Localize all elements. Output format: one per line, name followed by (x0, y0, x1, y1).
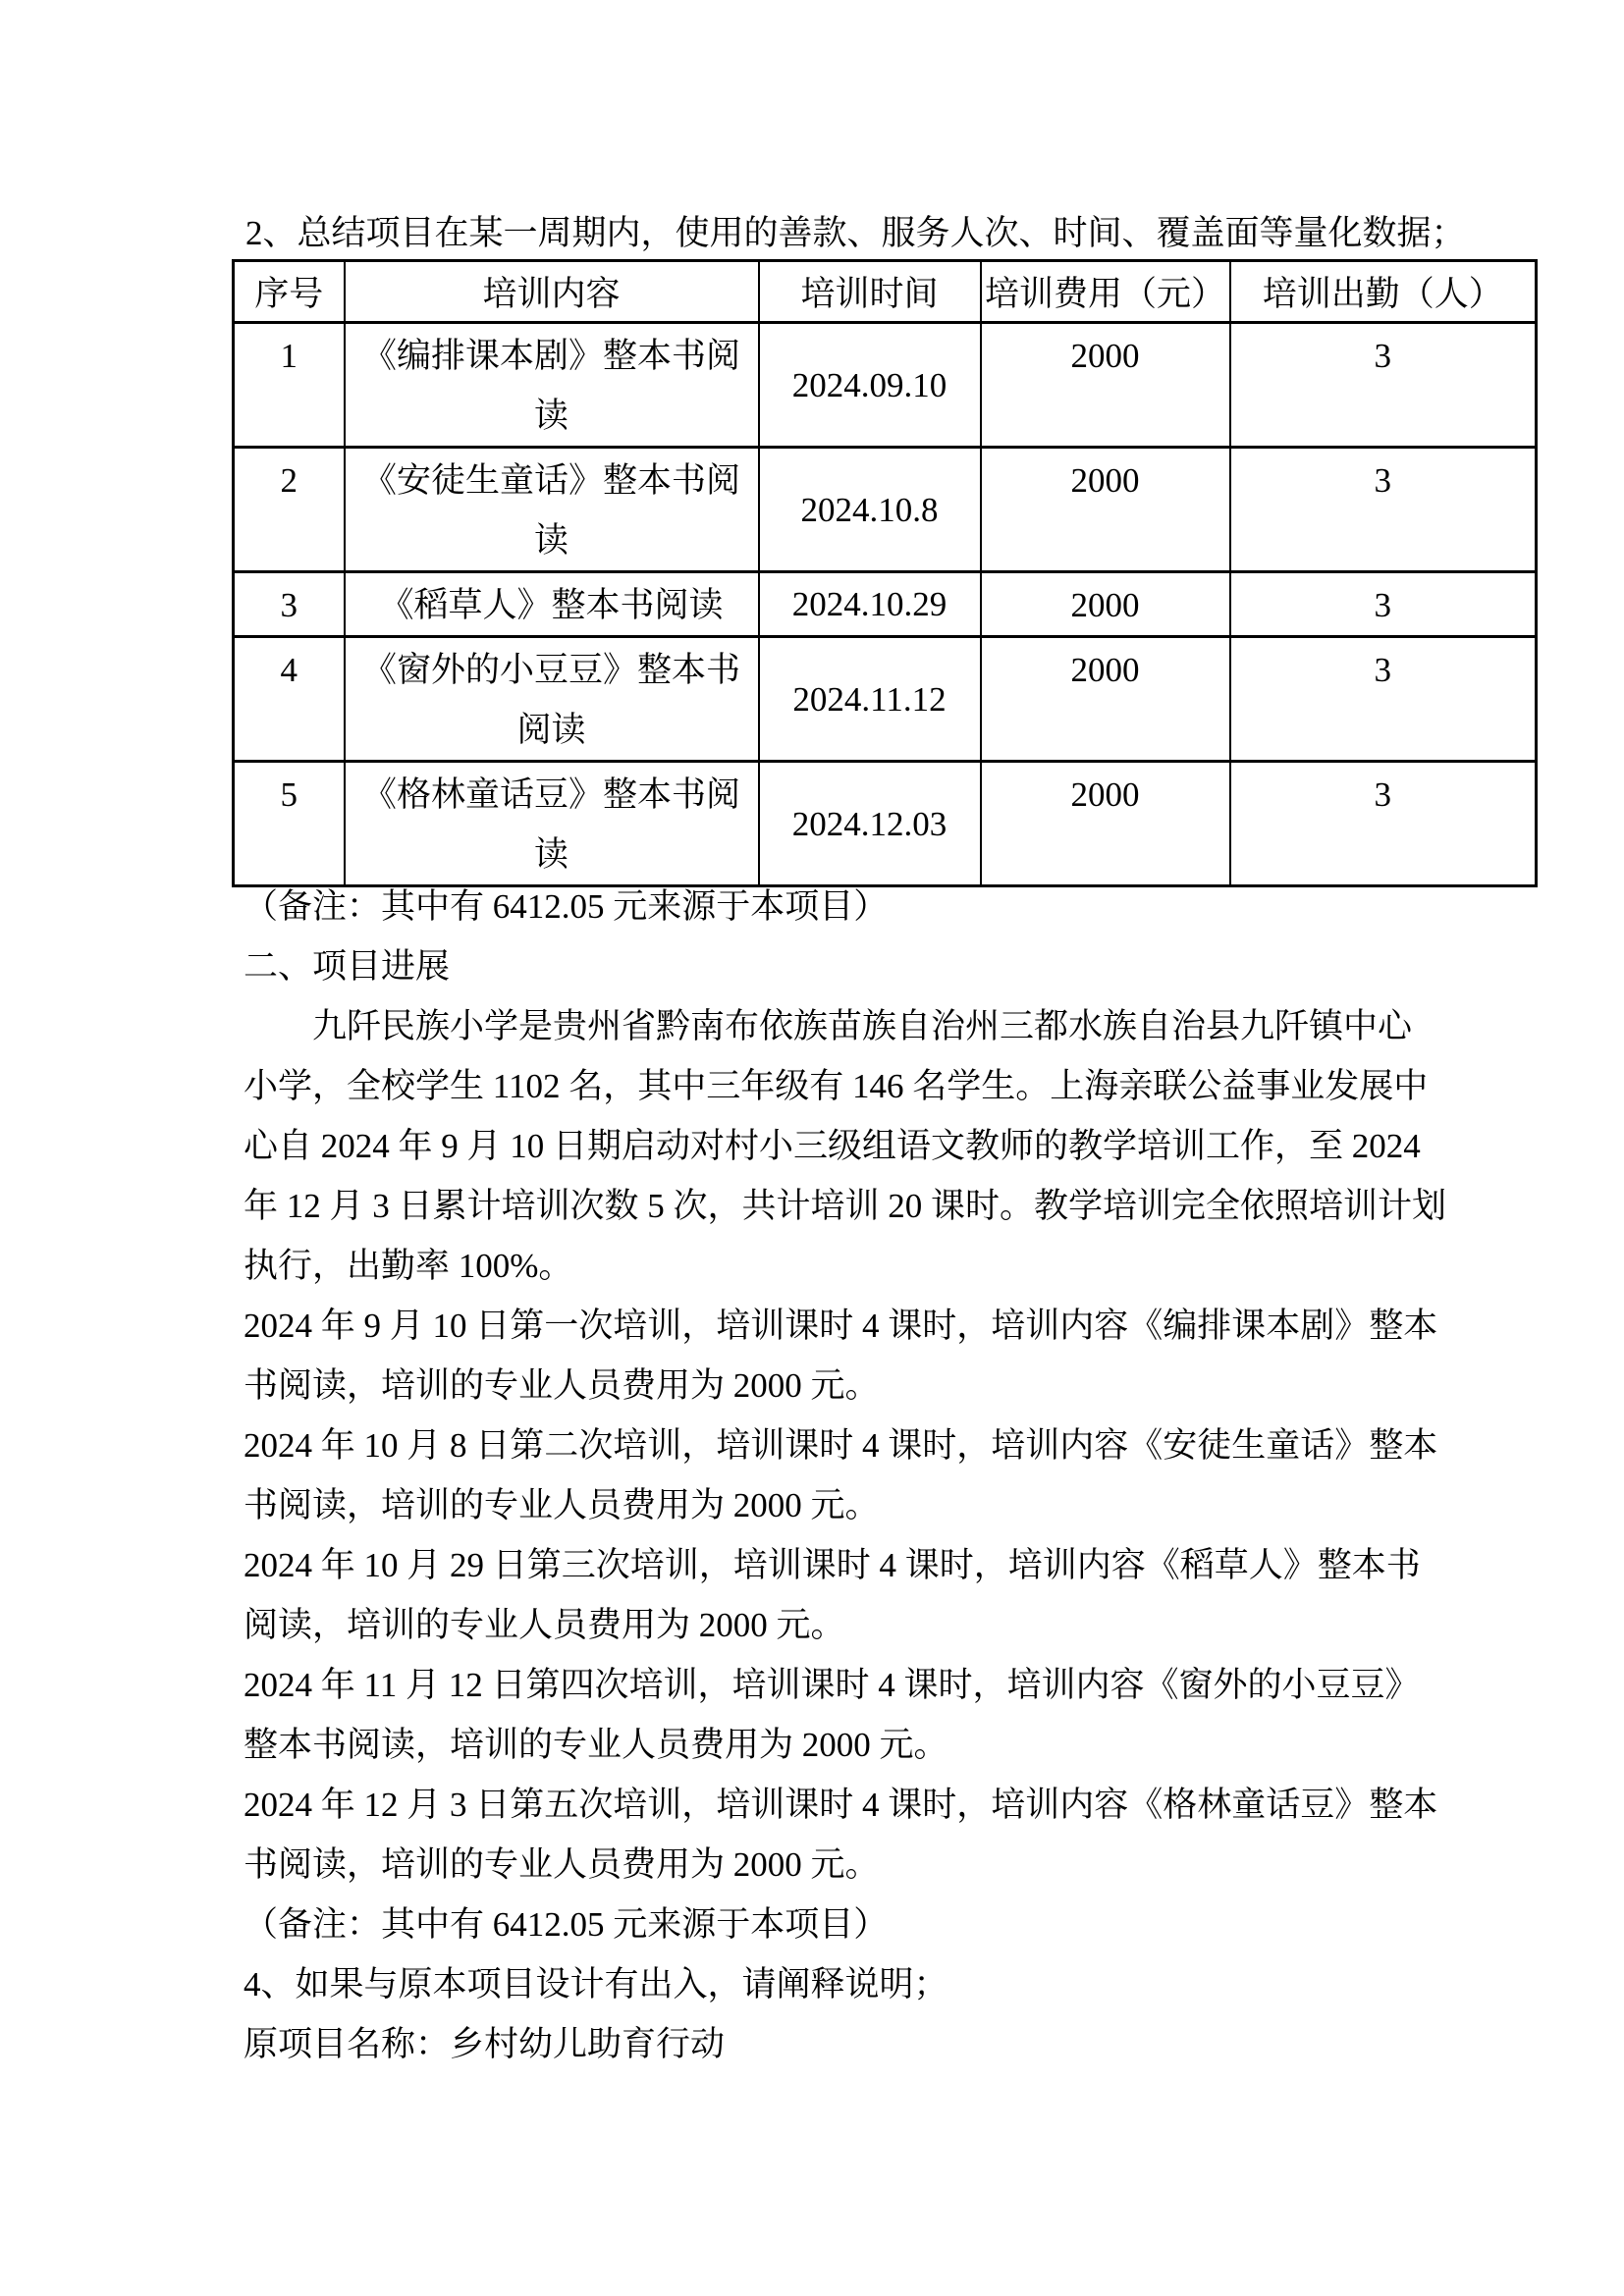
row-date: 2024.10.29 (759, 572, 981, 637)
row-content: 《窗外的小豆豆》整本书阅读 (345, 637, 759, 762)
paragraph-line: 书阅读，培训的专业人员费用为 2000 元。 (244, 1835, 1407, 1895)
header-fee: 培训费用（元） (981, 261, 1230, 323)
paragraph-line: 九阡民族小学是贵州省黔南布依族苗族自治州三都水族自治县九阡镇中心 (244, 996, 1407, 1056)
table-header-row: 序号 培训内容 培训时间 培训费用（元） 培训出勤（人） (234, 261, 1537, 323)
paragraph-line: 心自 2024 年 9 月 10 日期启动对村小三级组语文教师的教学培训工作，至… (244, 1116, 1407, 1176)
section-heading-progress: 二、项目进展 (244, 936, 1407, 996)
table-row: 3 《稻草人》整本书阅读 2024.10.29 2000 3 (234, 572, 1537, 637)
row-fee: 2000 (981, 762, 1230, 886)
paragraph-line: 书阅读，培训的专业人员费用为 2000 元。 (244, 1356, 1407, 1415)
paragraph-line: 执行，出勤率 100%。 (244, 1236, 1407, 1296)
note-after-table: （备注：其中有 6412.05 元来源于本项目） (244, 877, 1407, 936)
row-attendance: 3 (1230, 762, 1537, 886)
paragraph-line: 整本书阅读，培训的专业人员费用为 2000 元。 (244, 1715, 1407, 1775)
row-no: 4 (234, 637, 345, 762)
row-attendance: 3 (1230, 637, 1537, 762)
paragraph-line: 年 12 月 3 日累计培训次数 5 次，共计培训 20 课时。教学培训完全依照… (244, 1176, 1407, 1236)
row-no: 5 (234, 762, 345, 886)
header-no: 序号 (234, 261, 345, 323)
row-date: 2024.11.12 (759, 637, 981, 762)
paragraph-line: 书阅读，培训的专业人员费用为 2000 元。 (244, 1475, 1407, 1535)
body-text: （备注：其中有 6412.05 元来源于本项目） 二、项目进展 九阡民族小学是贵… (244, 877, 1407, 2074)
paragraph-line: 2024 年 11 月 12 日第四次培训，培训课时 4 课时，培训内容《窗外的… (244, 1655, 1407, 1715)
table-row: 1 《编排课本剧》整本书阅读 2024.09.10 2000 3 (234, 323, 1537, 448)
row-attendance: 3 (1230, 448, 1537, 572)
paragraph-line: 小学，全校学生 1102 名，其中三年级有 146 名学生。上海亲联公益事业发展… (244, 1056, 1407, 1116)
paragraph-line: 2024 年 10 月 8 日第二次培训，培训课时 4 课时，培训内容《安徒生童… (244, 1415, 1407, 1475)
table-row: 5 《格林童话豆》整本书阅读 2024.12.03 2000 3 (234, 762, 1537, 886)
row-fee: 2000 (981, 448, 1230, 572)
header-date: 培训时间 (759, 261, 981, 323)
row-fee: 2000 (981, 323, 1230, 448)
paragraph-line: 2024 年 9 月 10 日第一次培训，培训课时 4 课时，培训内容《编排课本… (244, 1296, 1407, 1356)
paragraph-line: 阅读，培训的专业人员费用为 2000 元。 (244, 1595, 1407, 1655)
row-fee: 2000 (981, 572, 1230, 637)
item-4-heading: 4、如果与原本项目设计有出入，请阐释说明； (244, 1954, 1407, 2014)
document-page: 2、总结项目在某一周期内，使用的善款、服务人次、时间、覆盖面等量化数据； 序号 … (0, 0, 1624, 2296)
row-attendance: 3 (1230, 572, 1537, 637)
row-no: 2 (234, 448, 345, 572)
row-no: 3 (234, 572, 345, 637)
note-repeat: （备注：其中有 6412.05 元来源于本项目） (244, 1895, 1407, 1954)
row-date: 2024.10.8 (759, 448, 981, 572)
row-fee: 2000 (981, 637, 1230, 762)
row-content: 《格林童话豆》整本书阅读 (345, 762, 759, 886)
header-attendance: 培训出勤（人） (1230, 261, 1537, 323)
row-date: 2024.09.10 (759, 323, 981, 448)
row-content: 《稻草人》整本书阅读 (345, 572, 759, 637)
row-attendance: 3 (1230, 323, 1537, 448)
row-no: 1 (234, 323, 345, 448)
original-project-name: 原项目名称：乡村幼儿助育行动 (244, 2014, 1407, 2074)
row-content: 《编排课本剧》整本书阅读 (345, 323, 759, 448)
paragraph-line: 2024 年 12 月 3 日第五次培训，培训课时 4 课时，培训内容《格林童话… (244, 1775, 1407, 1835)
table-row: 4 《窗外的小豆豆》整本书阅读 2024.11.12 2000 3 (234, 637, 1537, 762)
row-date: 2024.12.03 (759, 762, 981, 886)
quantified-data-heading: 2、总结项目在某一周期内，使用的善款、服务人次、时间、覆盖面等量化数据； (245, 212, 1466, 255)
paragraph-line: 2024 年 10 月 29 日第三次培训，培训课时 4 课时，培训内容《稻草人… (244, 1535, 1407, 1595)
training-summary-table: 序号 培训内容 培训时间 培训费用（元） 培训出勤（人） 1 《编排课本剧》整本… (232, 259, 1538, 887)
row-content: 《安徒生童话》整本书阅读 (345, 448, 759, 572)
header-content: 培训内容 (345, 261, 759, 323)
table-row: 2 《安徒生童话》整本书阅读 2024.10.8 2000 3 (234, 448, 1537, 572)
